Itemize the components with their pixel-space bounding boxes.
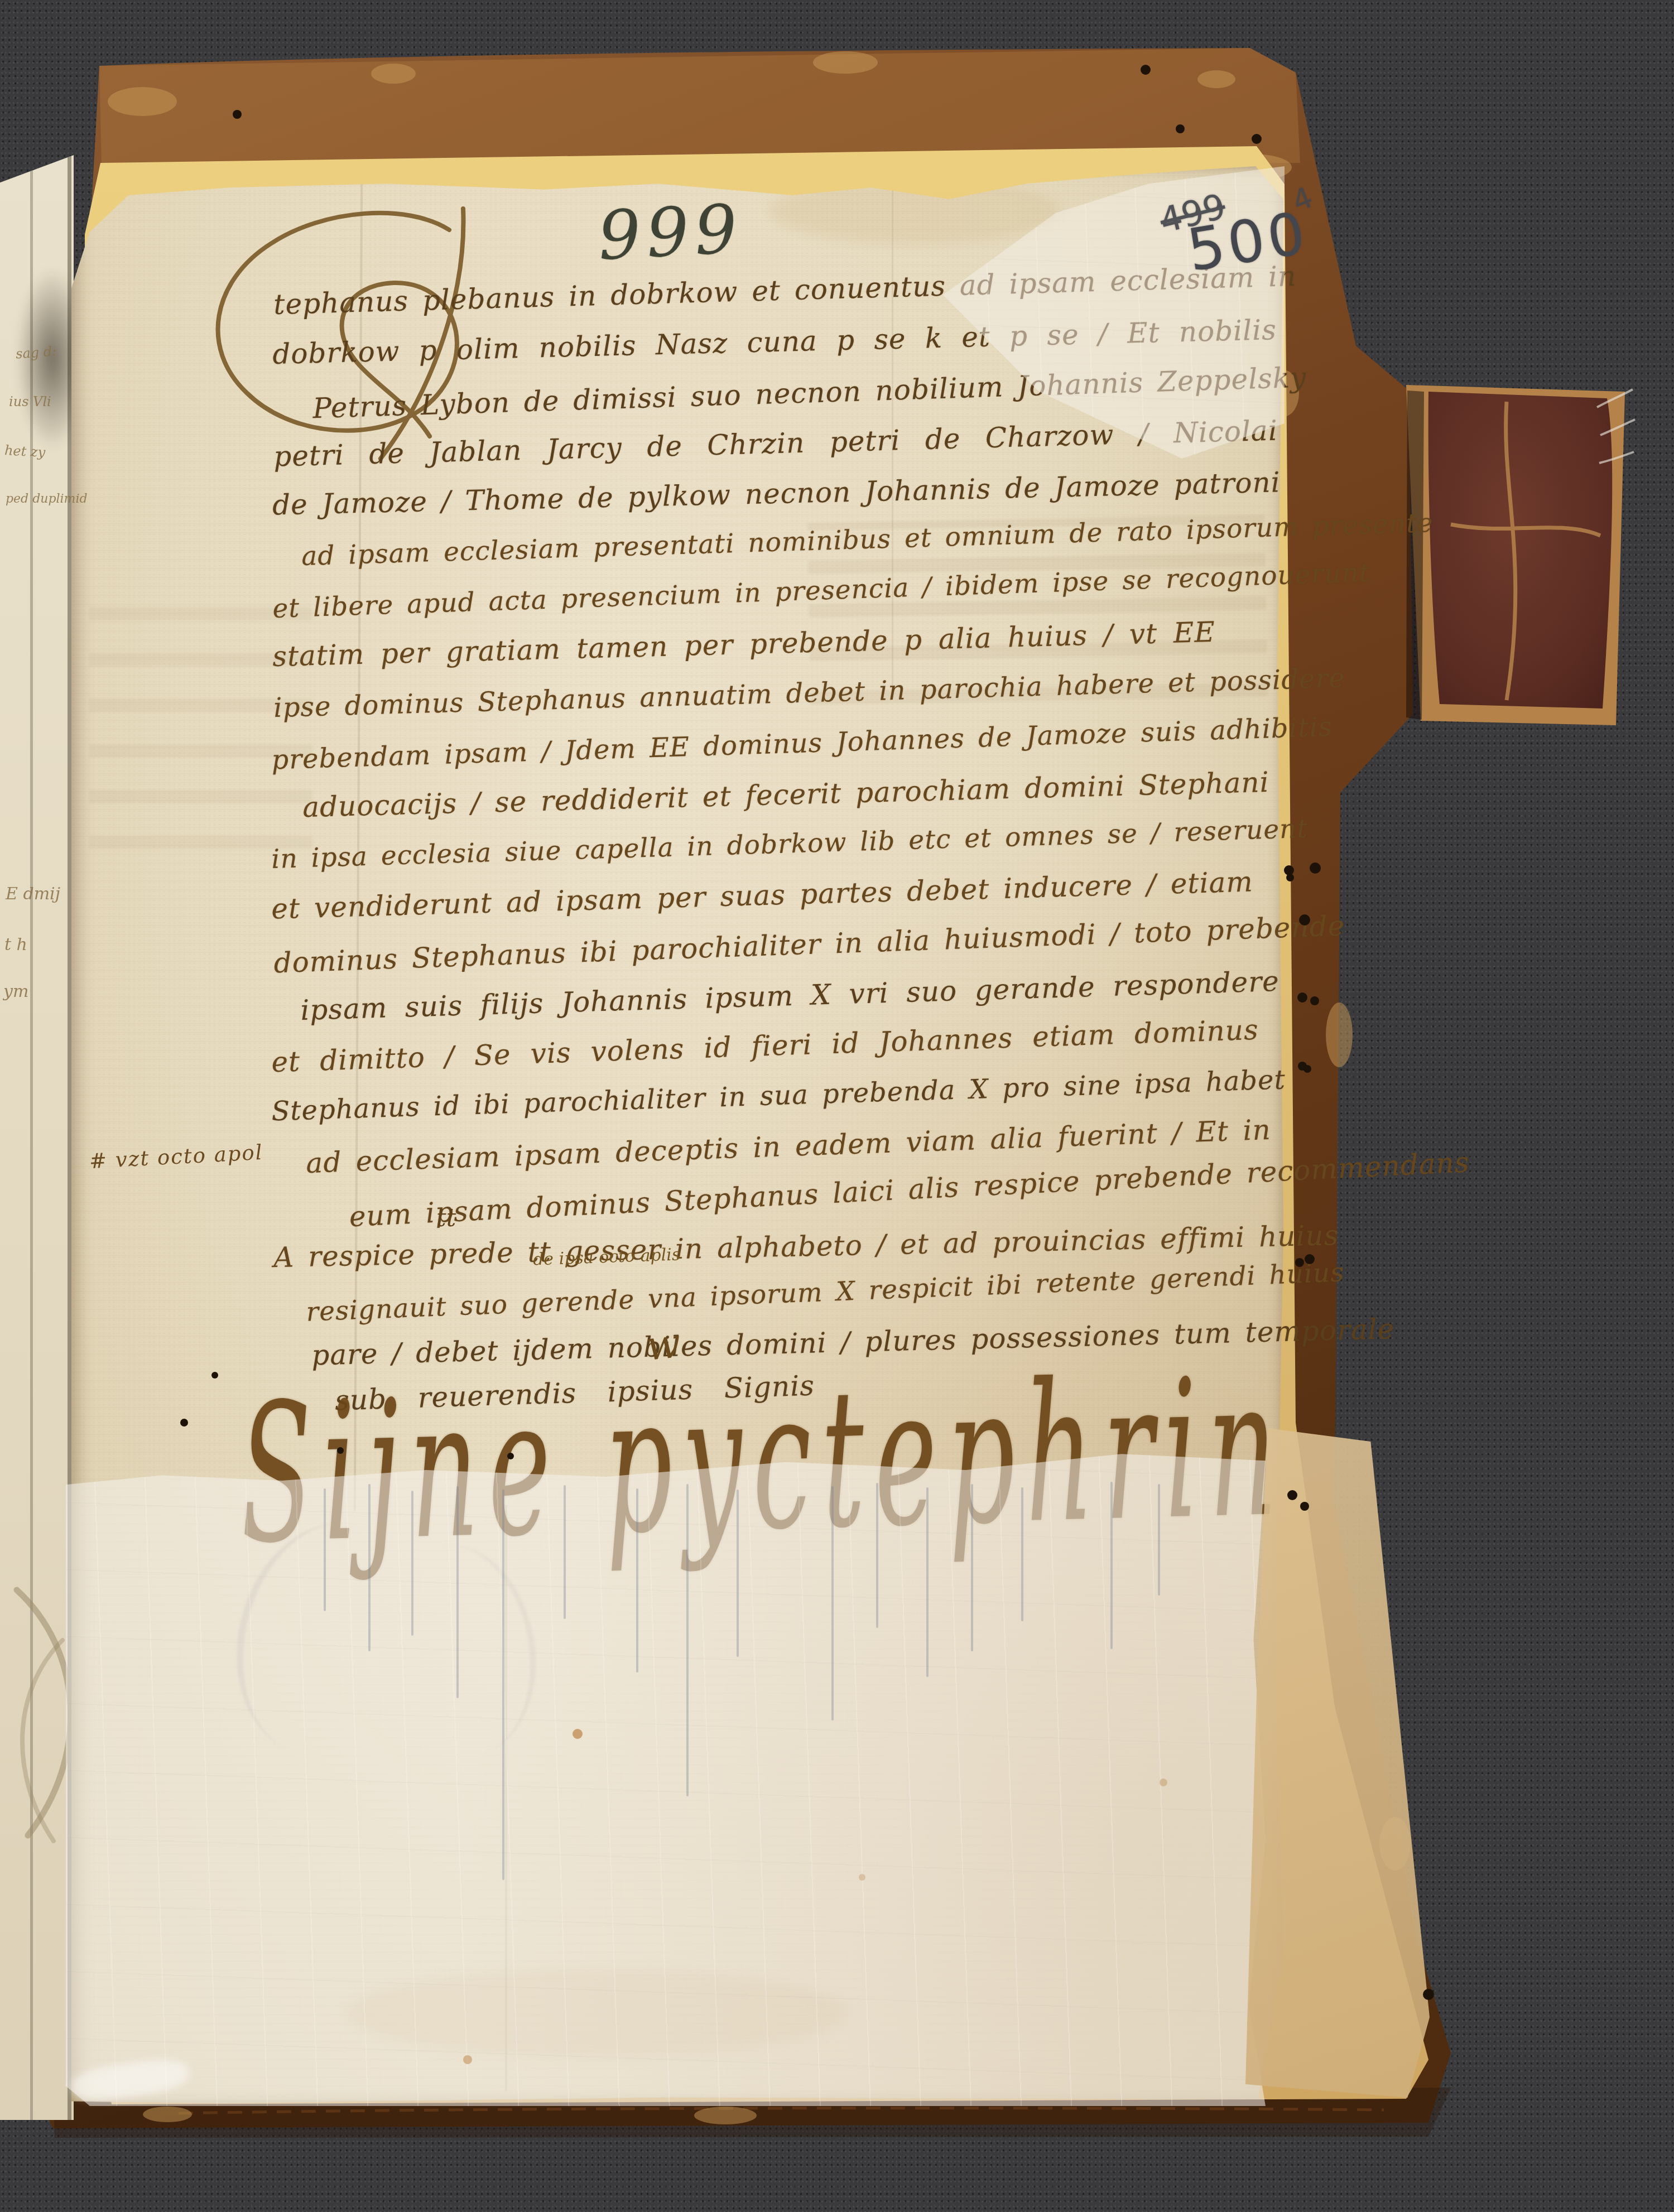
text-line: et libere apud acta presencium in presen… xyxy=(272,560,1283,624)
text-line: Stephanus id ibi parochialiter in sua pr… xyxy=(271,1064,1282,1127)
faded-descender-stroke xyxy=(831,1486,834,1721)
worm-hole xyxy=(1310,862,1321,874)
text-line: ipse dominus Stephanus annuatim debet in… xyxy=(273,664,1278,724)
faded-descender-stroke xyxy=(411,1491,413,1636)
tissue-interleaf-bottom xyxy=(66,1439,1266,2106)
worm-hole xyxy=(233,110,242,119)
worm-hole xyxy=(507,1453,514,1459)
foxing-spot xyxy=(859,1874,865,1881)
faded-descender-stroke xyxy=(324,1488,326,1611)
faded-descender-stroke xyxy=(564,1485,566,1619)
text-line: statim per gratiam tamen per prebende p … xyxy=(272,616,1216,673)
worm-hole xyxy=(1297,992,1307,1003)
text-line: prebendam ipsam / Jdem EE dominus Johann… xyxy=(271,713,1285,776)
worm-hole xyxy=(1252,134,1262,144)
text-line: aduocacijs / se reddiderit et fecerit pa… xyxy=(302,767,1252,823)
worm-hole xyxy=(337,1447,344,1454)
faded-descender-stroke xyxy=(636,1488,638,1673)
insertion-mark: tt xyxy=(436,1204,456,1232)
worm-hole xyxy=(1286,874,1294,881)
faded-descender-stroke xyxy=(368,1484,371,1651)
worm-hole xyxy=(180,1419,188,1427)
worm-hole xyxy=(1176,124,1185,133)
text-line: ad ipsam ecclesiam presentati nominibus … xyxy=(301,512,1281,572)
margin-note: # vzt octo apol xyxy=(89,1140,263,1173)
fragment: sag d: xyxy=(15,343,57,362)
text-line: resignauit suo gerende vna ipsorum X res… xyxy=(306,1260,1258,1327)
faded-descender-stroke xyxy=(1021,1487,1023,1621)
faded-descender-stroke xyxy=(926,1487,929,1677)
worm-hole xyxy=(211,1372,218,1379)
fragment: ped duplimid xyxy=(6,492,88,506)
worm-hole xyxy=(1295,1258,1304,1267)
worm-hole xyxy=(1423,1989,1434,2000)
record-number: 999 xyxy=(597,190,745,275)
faded-descender-stroke xyxy=(737,1490,739,1657)
fragment: E dmij xyxy=(6,884,60,904)
worm-hole xyxy=(1141,65,1151,75)
faded-descender-stroke xyxy=(1110,1482,1113,1649)
text-line: et vendiderunt ad ipsam per suas partes … xyxy=(271,865,1254,925)
worm-hole xyxy=(1300,1502,1309,1511)
fragment: het zy xyxy=(4,442,46,460)
fragment: ius Vli xyxy=(9,394,51,409)
worm-hole xyxy=(1287,1490,1297,1500)
faded-descender-stroke xyxy=(876,1483,878,1628)
worm-hole xyxy=(1305,1254,1315,1264)
fragment: ym xyxy=(3,982,28,1001)
faded-descender-stroke xyxy=(971,1484,973,1651)
foxing-spot xyxy=(573,1729,583,1739)
worm-hole xyxy=(1310,996,1319,1005)
worm-hole xyxy=(1303,1065,1311,1073)
text-line: in ipsa ecclesia siue capella in dobrkow… xyxy=(271,814,1285,875)
foxing-spot xyxy=(1160,1779,1167,1786)
faded-descender-stroke xyxy=(502,1490,504,1880)
fragment: t h xyxy=(4,935,27,955)
foxing-spot xyxy=(463,2055,472,2064)
faded-descender-stroke xyxy=(456,1486,459,1698)
worm-hole xyxy=(1299,914,1310,926)
manuscript-photo: 999 tephanus plebanus in dobrkow et conu… xyxy=(0,0,1674,2212)
text-line: et dimitto / Se vis volens id fieri id J… xyxy=(271,1014,1259,1079)
faded-descender-stroke xyxy=(686,1484,689,1796)
faded-descender-stroke xyxy=(1158,1484,1160,1596)
